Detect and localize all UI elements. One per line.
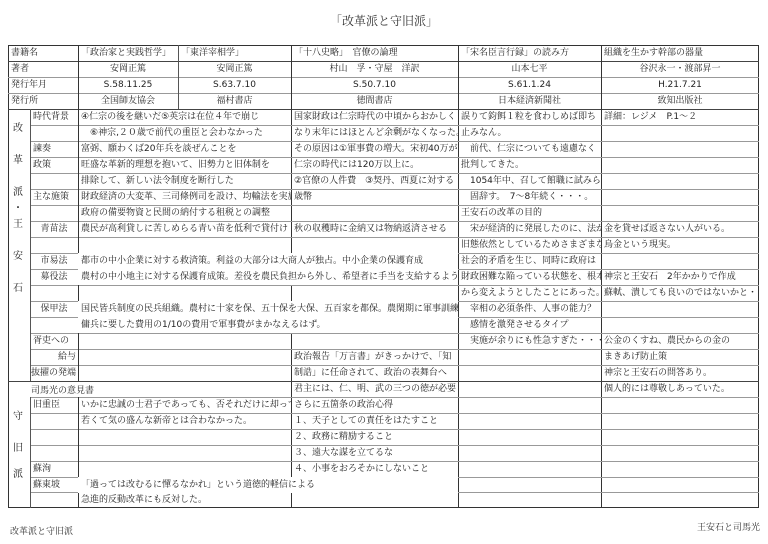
cell-text: 排除して、新しい法令制度を断行した — [78, 173, 291, 189]
row-label: 給与 — [30, 349, 78, 365]
book-author: 安岡正篤 — [78, 61, 178, 77]
book-title: 「宋名臣言行録」の読み方 — [458, 45, 601, 61]
book-publisher: 日本経済新聞社 — [458, 93, 601, 109]
book-title: 組織を生かす幹部の器量 — [601, 45, 759, 61]
cell-text: 制誥」に任命されて、政治の表舞台へ — [291, 365, 458, 381]
cell-text: 君主には、仁、明、武の三つの徳が必要 — [291, 381, 458, 397]
cell-text: ４、小事をおろそかにしないこと — [291, 461, 458, 477]
side-label: 安 — [10, 247, 26, 262]
row-label: 諫奏 — [30, 141, 78, 157]
row-label: 胥吏への — [30, 333, 78, 349]
cell-text: から変えようとしたことにあった。 — [458, 285, 601, 301]
book-publisher: 徳間書店 — [291, 93, 458, 109]
book-date: H.21.7.21 — [601, 77, 759, 93]
cell-text: 国家財政は仁宗時代の中頃からおかしく — [291, 109, 458, 125]
side-label: 石 — [10, 279, 26, 294]
book-title: 「東洋宰相学」 — [178, 45, 291, 61]
footer-right: 王安石と司馬光 — [697, 520, 760, 533]
cell-text: ④仁宗の後を継いだ⑤英宗は在位４年で崩じ — [78, 109, 291, 125]
row-label: 蘇洵 — [30, 461, 78, 477]
row-label: 政策 — [30, 157, 78, 173]
footer-left: 改革派と守旧派 — [10, 524, 73, 537]
cell-text: まきあげ防止策 — [601, 349, 759, 365]
row-label: 市易法 — [30, 253, 78, 269]
cell-text: 個人的には尊敬しあっていた。 — [601, 381, 759, 397]
cell-text: １、天子としての責任をはたすこと — [291, 413, 458, 429]
cell-text: ⑥神宗,２０歳で前代の重臣と会わなかった — [78, 125, 291, 141]
cell-text: その原因は①軍事費の増大。宋初40万が — [291, 141, 458, 157]
cell-text: 旧態依然としているためさまざまな — [458, 237, 601, 253]
cell-text: 前代、仁宗についても遠慮なく — [458, 141, 601, 157]
book-publisher: 福村書店 — [178, 93, 291, 109]
page-title: 「改革派と守旧派」 — [0, 12, 768, 29]
row-label: 青苗法 — [30, 221, 78, 237]
cell-text: 財政困難な陥っている状態を、根本 — [458, 269, 601, 285]
cell-text: 宰相の必須条件、人事の能力？ — [458, 301, 601, 317]
book-author: 村山 孚・守屋 洋訳 — [291, 61, 458, 77]
row-label: 抜擢の発端 — [28, 365, 80, 381]
book-date: S.50.7.10 — [291, 77, 458, 93]
cell-text: 詳細：レジメ P.1～２ — [601, 109, 759, 125]
cell-text: 蘇軾、潰しても良いのではないかと・ — [601, 285, 766, 301]
cell-text: なり末年にはほとんど余剰がなくなった。 — [291, 125, 458, 141]
label-book-title: 書籍名 — [8, 45, 78, 61]
cell-text: 農民が高利貸しに苦しめらる青い苗を低利で貸付け — [78, 221, 291, 237]
cell-text: 神宗と王安石の問答あり。 — [601, 365, 759, 381]
cell-text: 政治報告「万言書」がきっかけで、「知 — [291, 349, 458, 365]
cell-text: 固辞す。 7～8年続く・・・。 — [458, 189, 601, 205]
cell-text: 実施が余りにも性急すぎた・・・。 — [458, 333, 601, 349]
cell-text: 旺盛な革新的理想を抱いて、旧勢力と旧体制を — [78, 157, 291, 173]
cell-text: 国民皆兵制度の民兵組織。農村に十家を保、五十保を大保、五百家を都保。農閑期に軍事… — [78, 301, 458, 317]
side-label: ・ — [10, 199, 26, 214]
cell-text: ３、遠大な謀を立てるな — [291, 445, 458, 461]
cell-text: 批判してきた。 — [458, 157, 601, 173]
book-author: 安岡正篤 — [178, 61, 291, 77]
side-label: 守 — [10, 407, 26, 422]
cell-text: 感情を激発させるタイプ — [458, 317, 601, 333]
book-author: 山本七平 — [458, 61, 601, 77]
cell-text: 王安石の改革の目的 — [458, 205, 601, 221]
cell-text: 急進的反動改革にも反対した。 — [78, 492, 291, 508]
label-publisher: 発行所 — [8, 93, 78, 109]
cell-text: ②官僚の人件費 ③契丹、西夏に対する — [291, 173, 458, 189]
label-author: 著者 — [8, 61, 78, 77]
cell-text: 公金のくすね、農民からの金の — [601, 333, 759, 349]
cell-text: ２、政務に精励すること — [291, 429, 458, 445]
row-label: 時代背景 — [30, 109, 78, 125]
book-date: S.63.7.10 — [178, 77, 291, 93]
cell-text: 若くて気の盛んな新帝とは合わなかった。 — [78, 413, 291, 429]
cell-text: 農村の中小地主に対する保護育成策。差役を農民負担から外し、希望者に手当を支給する… — [78, 269, 458, 285]
cell-text: 宋が経済的に発展したのに、法が — [458, 221, 601, 237]
row-label: 旧重臣 — [30, 397, 78, 413]
side-label: 革 — [10, 151, 26, 166]
book-publisher: 全国師友協会 — [78, 93, 178, 109]
row-label: 主な施策 — [30, 189, 78, 205]
side-label: 改 — [10, 119, 26, 134]
cell-text: 烏金という現実。 — [601, 237, 759, 253]
cell-text: 政府の備要物資と民間の納付する租税との調整 — [78, 205, 291, 221]
cell-text: 誤りて鈞餌１粒を食わしめば即ち — [458, 109, 601, 125]
book-author: 谷沢永一・渡部昇一 — [601, 61, 759, 77]
side-label: 旧 — [10, 439, 26, 454]
comparison-table: 書籍名 著者 発行年月 発行所 「政治家と実践哲学」 安岡正篤 S.58.11.… — [8, 45, 759, 508]
book-date: S.61.1.24 — [458, 77, 601, 93]
book-date: S.58.11.25 — [78, 77, 178, 93]
book-title: 「政治家と実践哲学」 — [78, 45, 178, 61]
book-publisher: 致知出版社 — [601, 93, 759, 109]
cell-text: 金を貸せば返さない人がいる。 — [601, 221, 759, 237]
cell-text: 「過っては改むるに憚るなかれ」という道徳的軽信による — [78, 477, 458, 493]
label-date: 発行年月 — [8, 77, 78, 93]
row-label: 蘇東坡 — [30, 477, 78, 493]
cell-text: 社会的矛盾を生じ、同時に政府は — [458, 253, 601, 269]
book-title: 「十八史略」 官僚の論理 — [291, 45, 458, 61]
cell-text: 神宗と王安石 2年かかりで作成 — [601, 269, 766, 285]
side-label: 派 — [10, 183, 26, 198]
cell-text: 仁宗の時代には120万以上に。 — [291, 157, 458, 173]
cell-text: 止みなん。 — [458, 125, 601, 141]
cell-text: 財政経済の大変革、三司條例司を設け、均輸法を実施 — [78, 189, 291, 205]
cell-text: 傭兵に要した費用の1/10の費用で軍事費がまかなえるはず。 — [78, 317, 458, 333]
cell-text: 歳幣 — [291, 189, 458, 205]
row-label: 保甲法 — [30, 301, 78, 317]
cell-text: 秋の収穫時に金納又は物納返済させる — [291, 221, 458, 237]
row-label: 募役法 — [30, 269, 78, 285]
cell-text: いかに忠誠の士君子であっても、否それだけに却って — [78, 397, 291, 413]
cell-text: 都市の中小企業に対する救済策。利益の大部分は大商人が独占。中小企業の保護育成 — [78, 253, 458, 269]
cell-text: さらに五箇条の政治心得 — [291, 397, 458, 413]
cell-text: 富弼、願わくば20年兵を談ぜんことを — [78, 141, 291, 157]
side-label: 派 — [10, 465, 26, 480]
cell-text: 1054年中、召して館職に試みらる — [458, 173, 601, 189]
side-label: 王 — [10, 215, 26, 230]
